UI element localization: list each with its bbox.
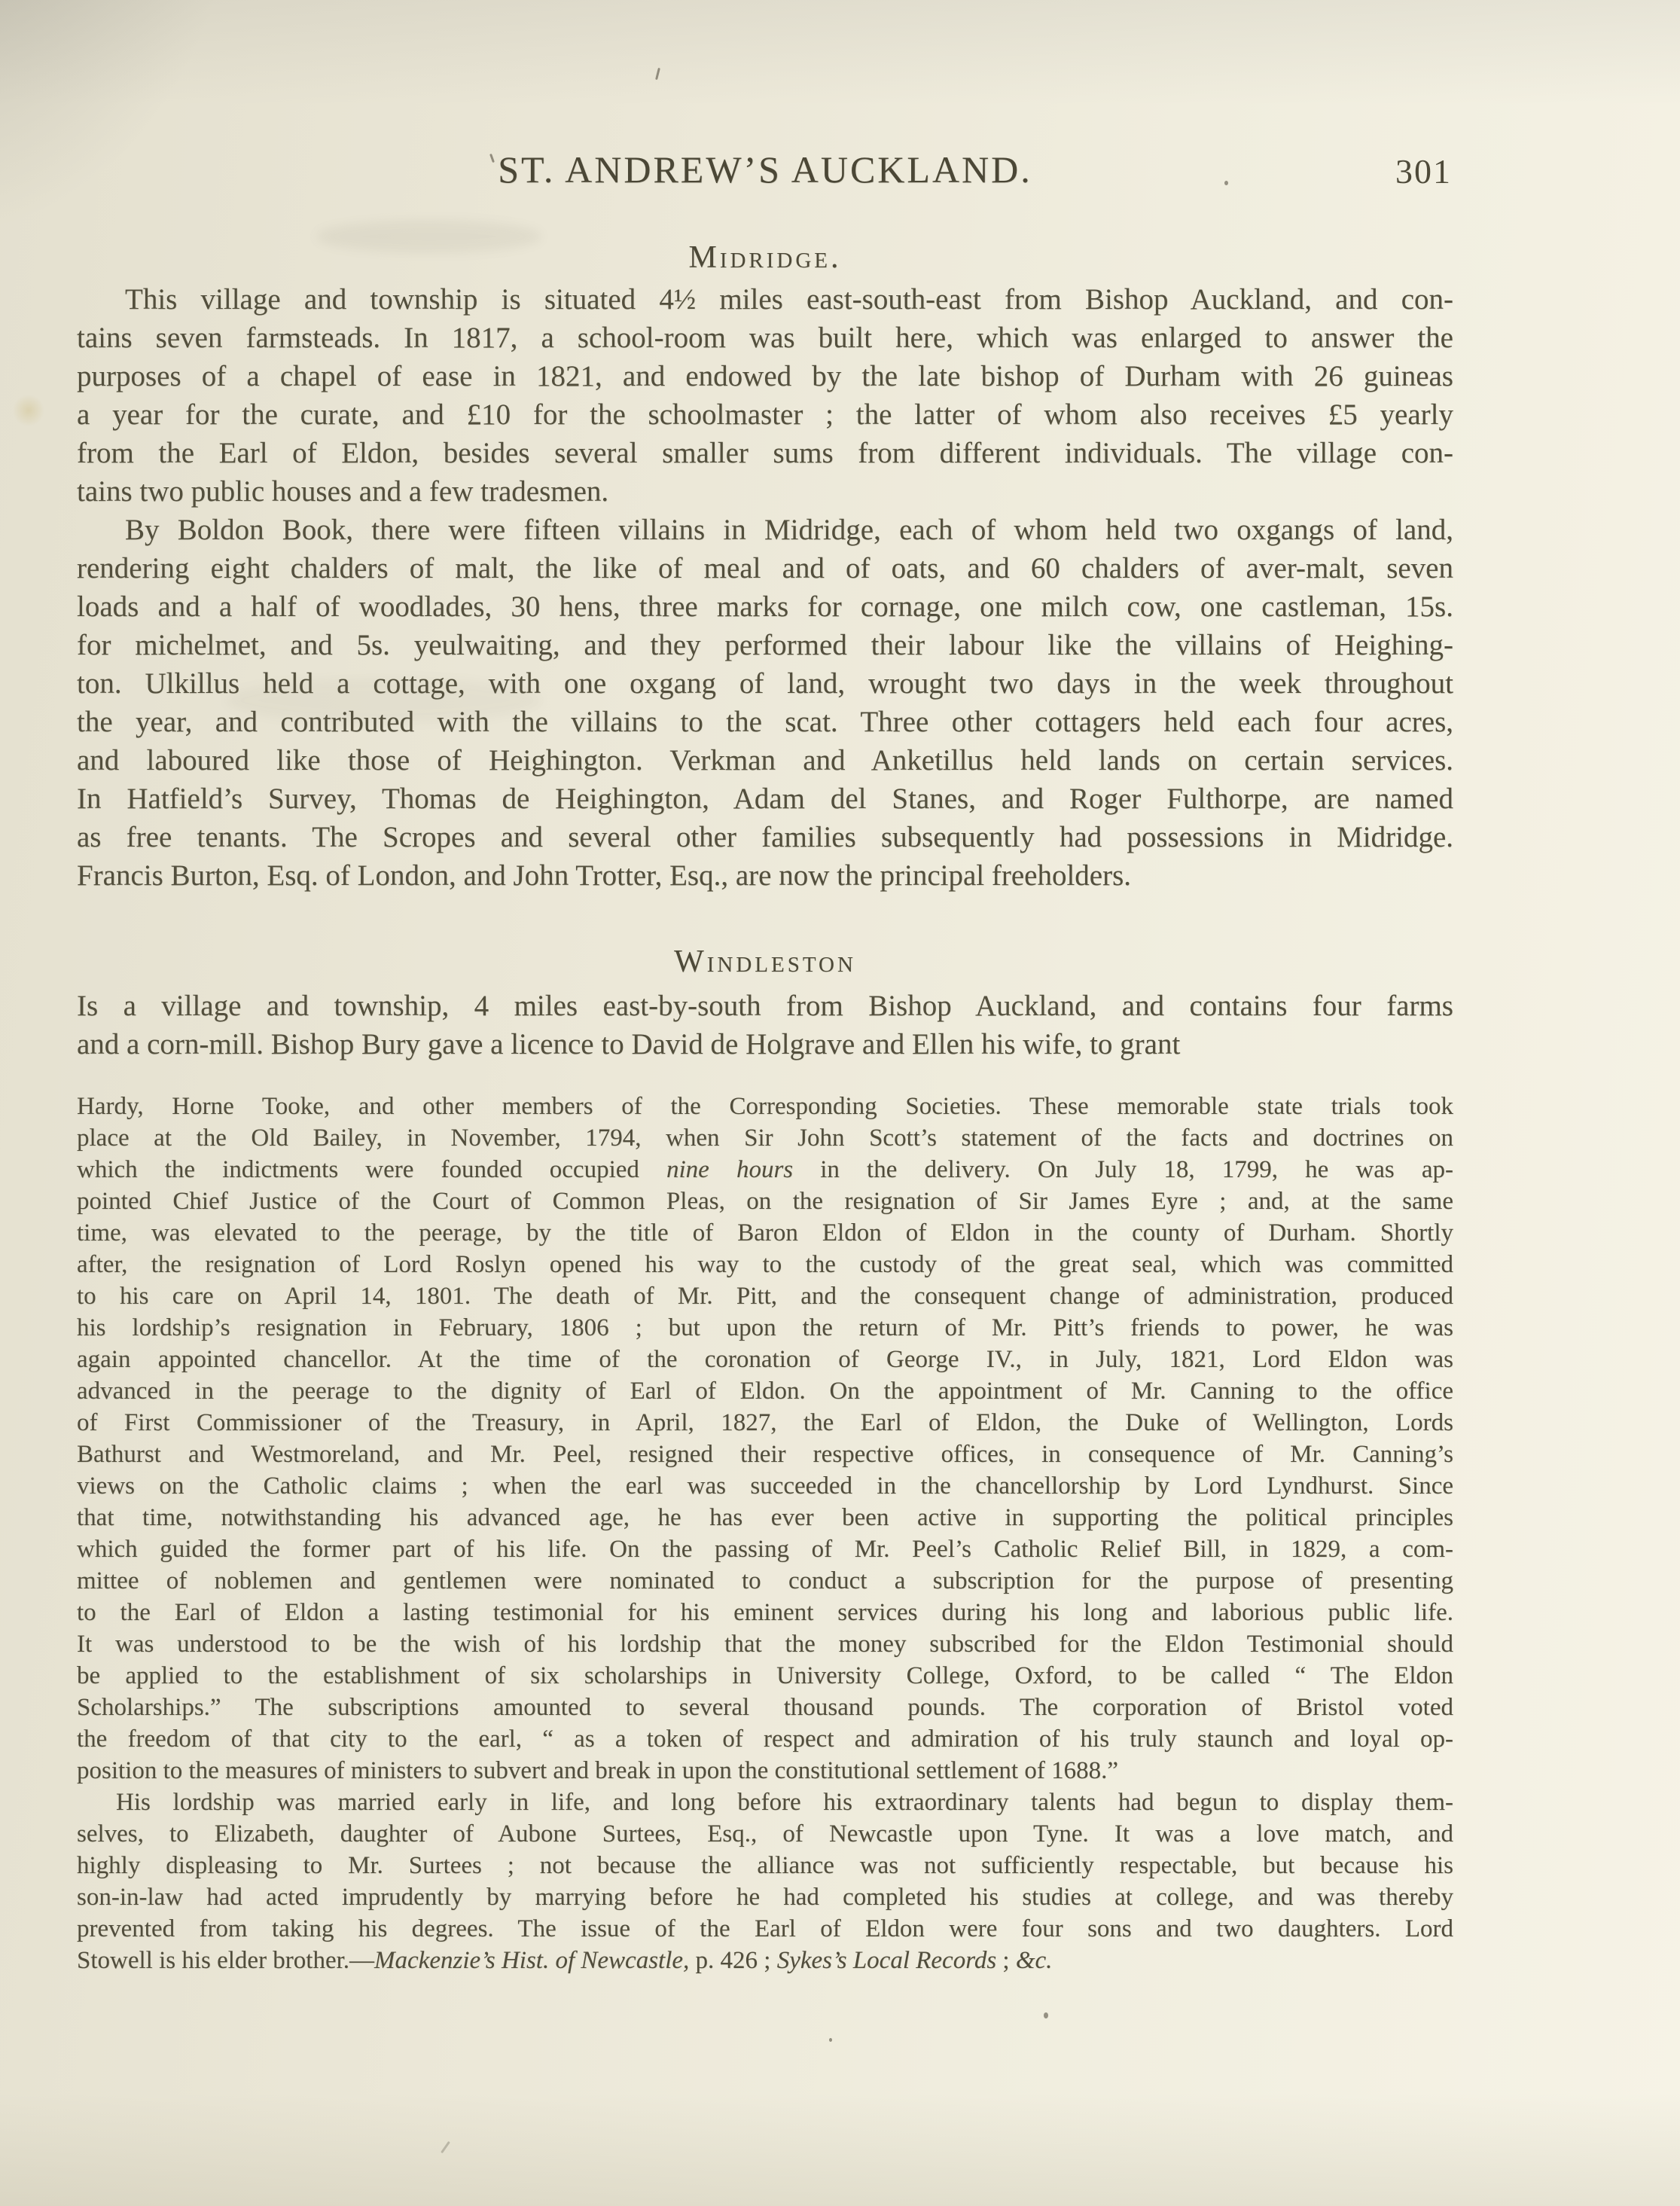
- section-midridge-text: This village and township is situated 4½…: [77, 280, 1453, 895]
- text-line: Bathurst and Westmoreland, and Mr. Peel,…: [77, 1439, 1453, 1470]
- page: ST. ANDREW’S AUCKLAND. 301 Midridge. Thi…: [0, 0, 1680, 2206]
- ink-speck: [829, 2038, 832, 2042]
- text-line: This village and township is situated 4½…: [77, 280, 1453, 319]
- paragraph: Is a village and township, 4 miles east-…: [77, 987, 1453, 1063]
- section-heading-midridge: Midridge.: [77, 240, 1453, 276]
- paragraph: Hardy, Horne Tooke, and other members of…: [77, 1091, 1453, 1786]
- text-line: purposes of a chapel of ease in 1821, an…: [77, 357, 1453, 395]
- text-line: again appointed chancellor. At the time …: [77, 1344, 1453, 1375]
- scanned-book-page: { "page": { "running_title": "ST. ANDREW…: [0, 0, 1680, 2206]
- text-line: rendering eight chalders of malt, the li…: [77, 549, 1453, 587]
- ink-speck: [655, 68, 660, 80]
- text-line: In Hatfield’s Survey, Thomas de Heighing…: [77, 780, 1453, 818]
- text-line: Is a village and township, 4 miles east-…: [77, 987, 1453, 1025]
- text-line: selves, to Elizabeth, daughter of Aubone…: [77, 1818, 1453, 1850]
- text-line: for michelmet, and 5s. yeulwaiting, and …: [77, 626, 1453, 664]
- page-show-through: [316, 220, 542, 253]
- text-line: His lordship was married early in life, …: [77, 1786, 1453, 1818]
- text-line: tains two public houses and a few trades…: [77, 472, 1453, 511]
- paragraph: His lordship was married early in life, …: [77, 1786, 1453, 1976]
- text-line: that time, notwithstanding his advanced …: [77, 1502, 1453, 1533]
- text-line: position to the measures of ministers to…: [77, 1755, 1453, 1786]
- text-line: his lordship’s resignation in February, …: [77, 1312, 1453, 1344]
- text-line: a year for the curate, and £10 for the s…: [77, 395, 1453, 434]
- text-line: to the Earl of Eldon a lasting testimoni…: [77, 1597, 1453, 1628]
- text-line: Scholarships.” The subscriptions amounte…: [77, 1692, 1453, 1723]
- text-line: and laboured like those of Heighington. …: [77, 741, 1453, 780]
- text-line: loads and a half of woodlades, 30 hens, …: [77, 587, 1453, 626]
- text-line: Hardy, Horne Tooke, and other members of…: [77, 1091, 1453, 1122]
- paragraph: This village and township is situated 4½…: [77, 280, 1453, 511]
- text-line: highly displeasing to Mr. Surtees ; not …: [77, 1850, 1453, 1881]
- text-line: It was understood to be the wish of his …: [77, 1628, 1453, 1660]
- text-line: to his care on April 14, 1801. The death…: [77, 1280, 1453, 1312]
- ink-speck: [1044, 2012, 1048, 2018]
- text-line: Francis Burton, Esq. of London, and John…: [77, 856, 1453, 895]
- text-line: views on the Catholic claims ; when the …: [77, 1470, 1453, 1502]
- text-line: mittee of noblemen and gentlemen were no…: [77, 1565, 1453, 1597]
- page-show-through: [226, 678, 542, 723]
- page-number: 301: [1395, 151, 1452, 191]
- text-line: after, the resignation of Lord Roslyn op…: [77, 1249, 1453, 1280]
- running-title: ST. ANDREW’S AUCKLAND.: [77, 148, 1453, 191]
- text-line: pointed Chief Justice of the Court of Co…: [77, 1185, 1453, 1217]
- text-line: which the indictments were founded occup…: [77, 1154, 1453, 1185]
- text-line: son-in-law had acted imprudently by marr…: [77, 1881, 1453, 1913]
- page-header: ST. ANDREW’S AUCKLAND. 301: [77, 148, 1453, 196]
- text-line: of First Commissioner of the Treasury, i…: [77, 1407, 1453, 1439]
- text-line: time, was elevated to the peerage, by th…: [77, 1217, 1453, 1249]
- text-line: place at the Old Bailey, in November, 17…: [77, 1122, 1453, 1154]
- text-line: By Boldon Book, there were fifteen villa…: [77, 511, 1453, 549]
- text-line: Stowell is his elder brother.—Mackenzie’…: [77, 1945, 1453, 1976]
- text-line: tains seven farmsteads. In 1817, a schoo…: [77, 319, 1453, 357]
- text-line: from the Earl of Eldon, besides several …: [77, 434, 1453, 472]
- text-line: be applied to the establishment of six s…: [77, 1660, 1453, 1692]
- ink-speck: [441, 2141, 450, 2153]
- text-line: prevented from taking his degrees. The i…: [77, 1913, 1453, 1945]
- text-line: as free tenants. The Scropes and several…: [77, 818, 1453, 856]
- section-heading-windleston: Windleston: [77, 944, 1453, 980]
- section-windleston-text: Is a village and township, 4 miles east-…: [77, 987, 1453, 1063]
- text-line: and a corn-mill. Bishop Bury gave a lice…: [77, 1025, 1453, 1063]
- text-line: the freedom of that city to the earl, “ …: [77, 1723, 1453, 1755]
- text-line: which guided the former part of his life…: [77, 1533, 1453, 1565]
- footnote-text: Hardy, Horne Tooke, and other members of…: [77, 1091, 1453, 1976]
- ink-speck: [1224, 181, 1228, 185]
- text-line: advanced in the peerage to the dignity o…: [77, 1375, 1453, 1407]
